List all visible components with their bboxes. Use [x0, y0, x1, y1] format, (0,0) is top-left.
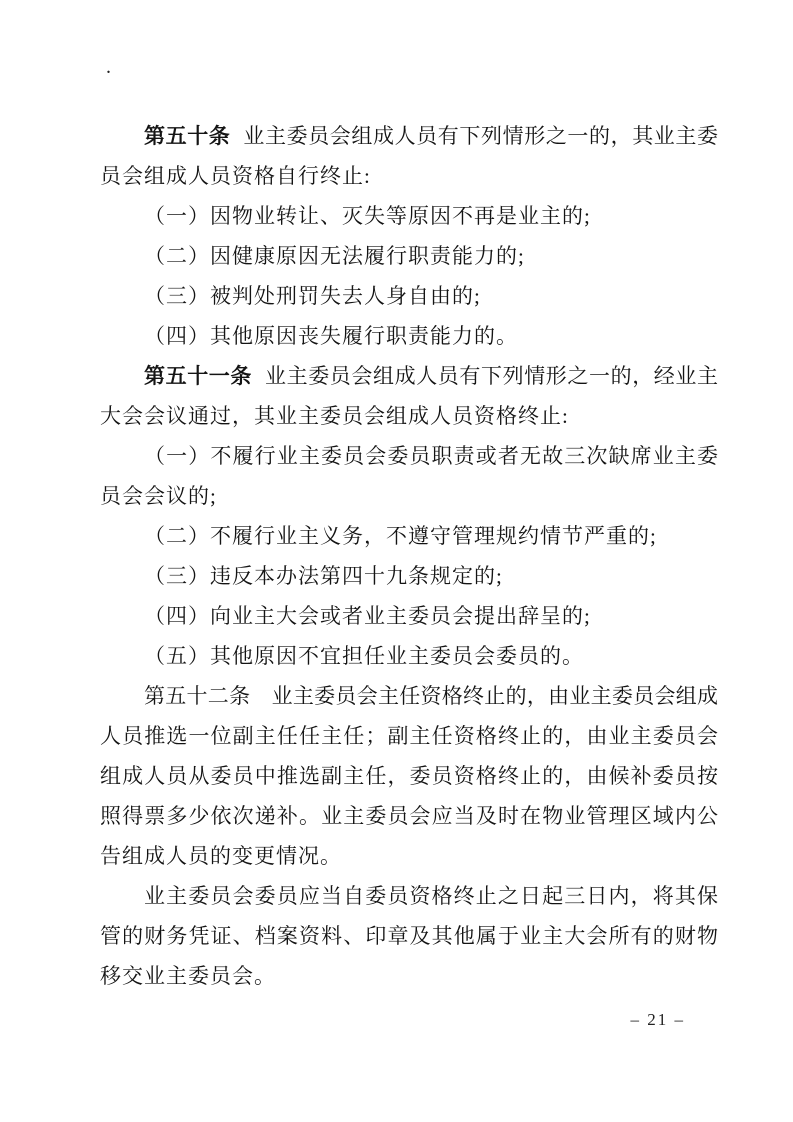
- text-line: （四）向业主大会或者业主委员会提出辞呈的;: [100, 596, 718, 636]
- line-text: （二）因健康原因无法履行职责能力的;: [144, 244, 525, 268]
- text-line: 第五十条业主委员会组成人员有下列情形之一的，其业主委: [100, 116, 718, 156]
- text-line: （三）违反本办法第四十九条规定的;: [100, 556, 718, 596]
- line-text: （三）违反本办法第四十九条规定的;: [144, 564, 503, 588]
- line-text: 大会会议通过，其业主委员会组成人员资格终止:: [100, 404, 569, 428]
- line-text: （三）被判处刑罚失去人身自由的;: [144, 284, 481, 308]
- text-line: 照得票多少依次递补。业主委员会应当及时在物业管理区域内公: [100, 796, 718, 836]
- text-line: （四）其他原因丧失履行职责能力的。: [100, 316, 718, 356]
- line-text: （一）因物业转让、灭失等原因不再是业主的;: [144, 204, 591, 228]
- page-number: – 21 –: [631, 1010, 686, 1030]
- line-text: 人员推选一位副主任任主任；副主任资格终止的，由业主委员会: [100, 724, 718, 748]
- text-line: 移交业主委员会。: [100, 956, 718, 996]
- article-number-heading: 第五十一条: [144, 364, 252, 388]
- line-text: 员会会议的;: [100, 484, 217, 508]
- text-line: 大会会议通过，其业主委员会组成人员资格终止:: [100, 396, 718, 436]
- line-text: 业主委员会组成人员有下列情形之一的，经业主: [265, 364, 718, 388]
- line-text: （五）其他原因不宜担任业主委员会委员的。: [144, 644, 584, 668]
- page-body: 第五十条业主委员会组成人员有下列情形之一的，其业主委 员会组成人员资格自行终止:…: [100, 116, 718, 996]
- text-line: （一）不履行业主委员会委员职责或者无故三次缺席业主委: [100, 436, 718, 476]
- text-line: 组成人员从委员中推选副主任，委员资格终止的，由候补委员按: [100, 756, 718, 796]
- text-line: 人员推选一位副主任任主任；副主任资格终止的，由业主委员会: [100, 716, 718, 756]
- text-line: （二）因健康原因无法履行职责能力的;: [100, 236, 718, 276]
- line-text: （一）不履行业主委员会委员职责或者无故三次缺席业主委: [144, 444, 718, 468]
- text-line: 员会会议的;: [100, 476, 718, 516]
- text-line: （五）其他原因不宜担任业主委员会委员的。: [100, 636, 718, 676]
- line-text: 业主委员会组成人员有下列情形之一的，其业主委: [243, 124, 718, 148]
- line-text: （二）不履行业主义务，不遵守管理规约情节严重的;: [144, 524, 657, 548]
- line-text: 照得票多少依次递补。业主委员会应当及时在物业管理区域内公: [100, 804, 718, 828]
- text-line: 第五十一条业主委员会组成人员有下列情形之一的，经业主: [100, 356, 718, 396]
- text-line: 告组成人员的变更情况。: [100, 836, 718, 876]
- line-text: 员会组成人员资格自行终止:: [100, 164, 371, 188]
- article-number-heading: 第五十条: [144, 124, 230, 148]
- stray-dot-mark: .: [106, 56, 111, 79]
- document-page: . 第五十条业主委员会组成人员有下列情形之一的，其业主委 员会组成人员资格自行终…: [0, 0, 793, 1122]
- text-line: 业主委员会委员应当自委员资格终止之日起三日内，将其保: [100, 876, 718, 916]
- text-line: （一）因物业转让、灭失等原因不再是业主的;: [100, 196, 718, 236]
- text-line: （三）被判处刑罚失去人身自由的;: [100, 276, 718, 316]
- text-line: 第五十二条 业主委员会主任资格终止的，由业主委员会组成: [100, 676, 718, 716]
- line-text: 业主委员会委员应当自委员资格终止之日起三日内，将其保: [144, 884, 718, 908]
- text-line: 管的财务凭证、档案资料、印章及其他属于业主大会所有的财物: [100, 916, 718, 956]
- line-text: 第五十二条 业主委员会主任资格终止的，由业主委员会组成: [144, 684, 718, 708]
- line-text: （四）向业主大会或者业主委员会提出辞呈的;: [144, 604, 591, 628]
- line-text: 组成人员从委员中推选副主任，委员资格终止的，由候补委员按: [100, 764, 718, 788]
- text-line: 员会组成人员资格自行终止:: [100, 156, 718, 196]
- line-text: 移交业主委员会。: [100, 964, 276, 988]
- line-text: 管的财务凭证、档案资料、印章及其他属于业主大会所有的财物: [100, 924, 718, 948]
- text-line: （二）不履行业主义务，不遵守管理规约情节严重的;: [100, 516, 718, 556]
- line-text: 告组成人员的变更情况。: [100, 844, 342, 868]
- line-text: （四）其他原因丧失履行职责能力的。: [144, 324, 518, 348]
